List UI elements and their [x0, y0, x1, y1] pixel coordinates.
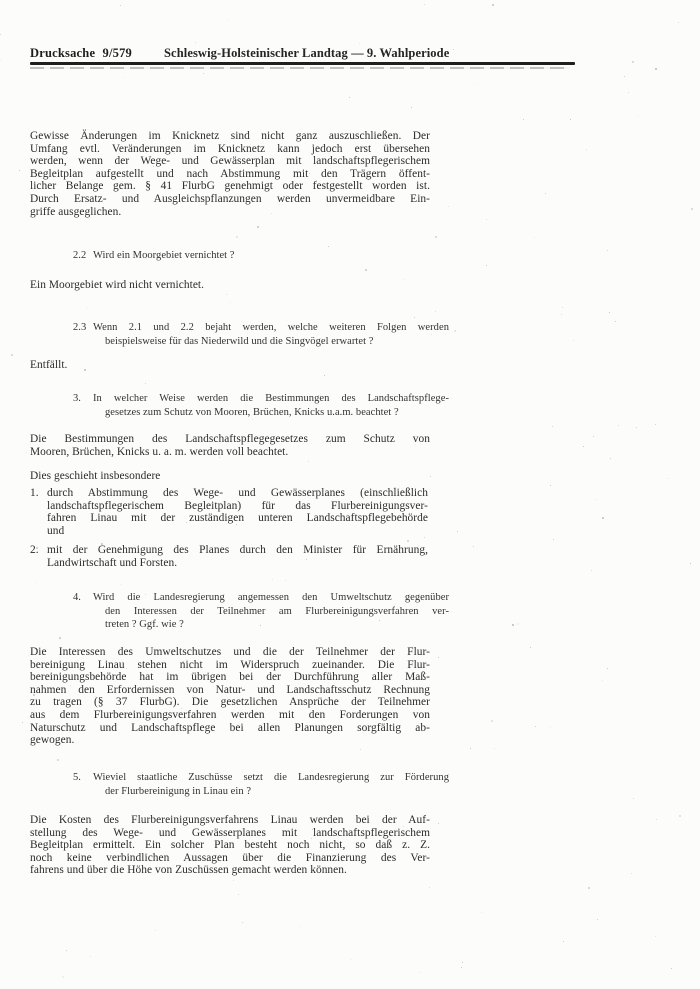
question-text: Wieviel staatliche Zuschüsse setzt die L… — [93, 771, 449, 798]
list-item-number: 2. — [30, 544, 47, 569]
question-text: Wird ein Moorgebiet vernichtet ? — [93, 249, 449, 263]
question-4: 4. Wird die Landesregierung angemessen d… — [73, 591, 449, 632]
list-item-2: 2. mit der Genehmigung des Planes durch … — [30, 544, 428, 569]
answer-paragraph-knicknetz: Gewisse Änderungen im Knicknetz sind nic… — [30, 130, 430, 218]
question-text: Wird die Landesregierung angemessen den … — [93, 591, 449, 632]
question-2-3: 2.3 Wenn 2.1 und 2.2 bejaht werden, welc… — [73, 321, 449, 348]
question-number: 3. — [73, 392, 93, 419]
list-item-text: durch Abstimmung des Wege- und Gewässerp… — [47, 487, 428, 537]
answer-2-2: Ein Moorgebiet wird nicht vernichtet. — [30, 279, 430, 292]
list-item-number: 1. — [30, 487, 47, 537]
question-5: 5. Wieviel staatliche Zuschüsse setzt di… — [73, 771, 449, 798]
question-number: 5. — [73, 771, 93, 798]
list-item-text: mit der Genehmigung des Planes durch den… — [47, 544, 428, 569]
answer-3: Die Bestimmungen des Landschaftspflegege… — [30, 433, 430, 458]
doc-number: Drucksache 9/579 — [30, 46, 132, 61]
question-text: Wenn 2.1 und 2.2 bejaht werden, welche w… — [93, 321, 449, 348]
scanned-document-page: Drucksache 9/579 Schleswig-Holsteinische… — [0, 0, 700, 989]
question-3: 3. In welcher Weise werden die Bestimmun… — [73, 392, 449, 419]
question-2-2: 2.2 Wird ein Moorgebiet vernichtet ? — [73, 249, 449, 263]
answer-3-intro: Dies geschieht insbesondere — [30, 470, 430, 483]
session-title: Schleswig-Holsteinischer Landtag — 9. Wa… — [164, 46, 449, 61]
question-number: 4. — [73, 591, 93, 632]
question-text: In welcher Weise werden die Bestimmungen… — [93, 392, 449, 419]
question-number: 2.2 — [73, 249, 93, 263]
header-rule — [30, 62, 575, 65]
answer-5: Die Kosten des Flurbereinigungsverfahren… — [30, 814, 430, 877]
list-item-1: 1. durch Abstimmung des Wege- und Gewäss… — [30, 487, 428, 537]
answer-2-3: Entfällt. — [30, 359, 430, 372]
header-rule-shadow — [30, 67, 570, 69]
answer-4: Die Interessen des Umweltschutzes und di… — [30, 646, 430, 747]
question-number: 2.3 — [73, 321, 93, 348]
